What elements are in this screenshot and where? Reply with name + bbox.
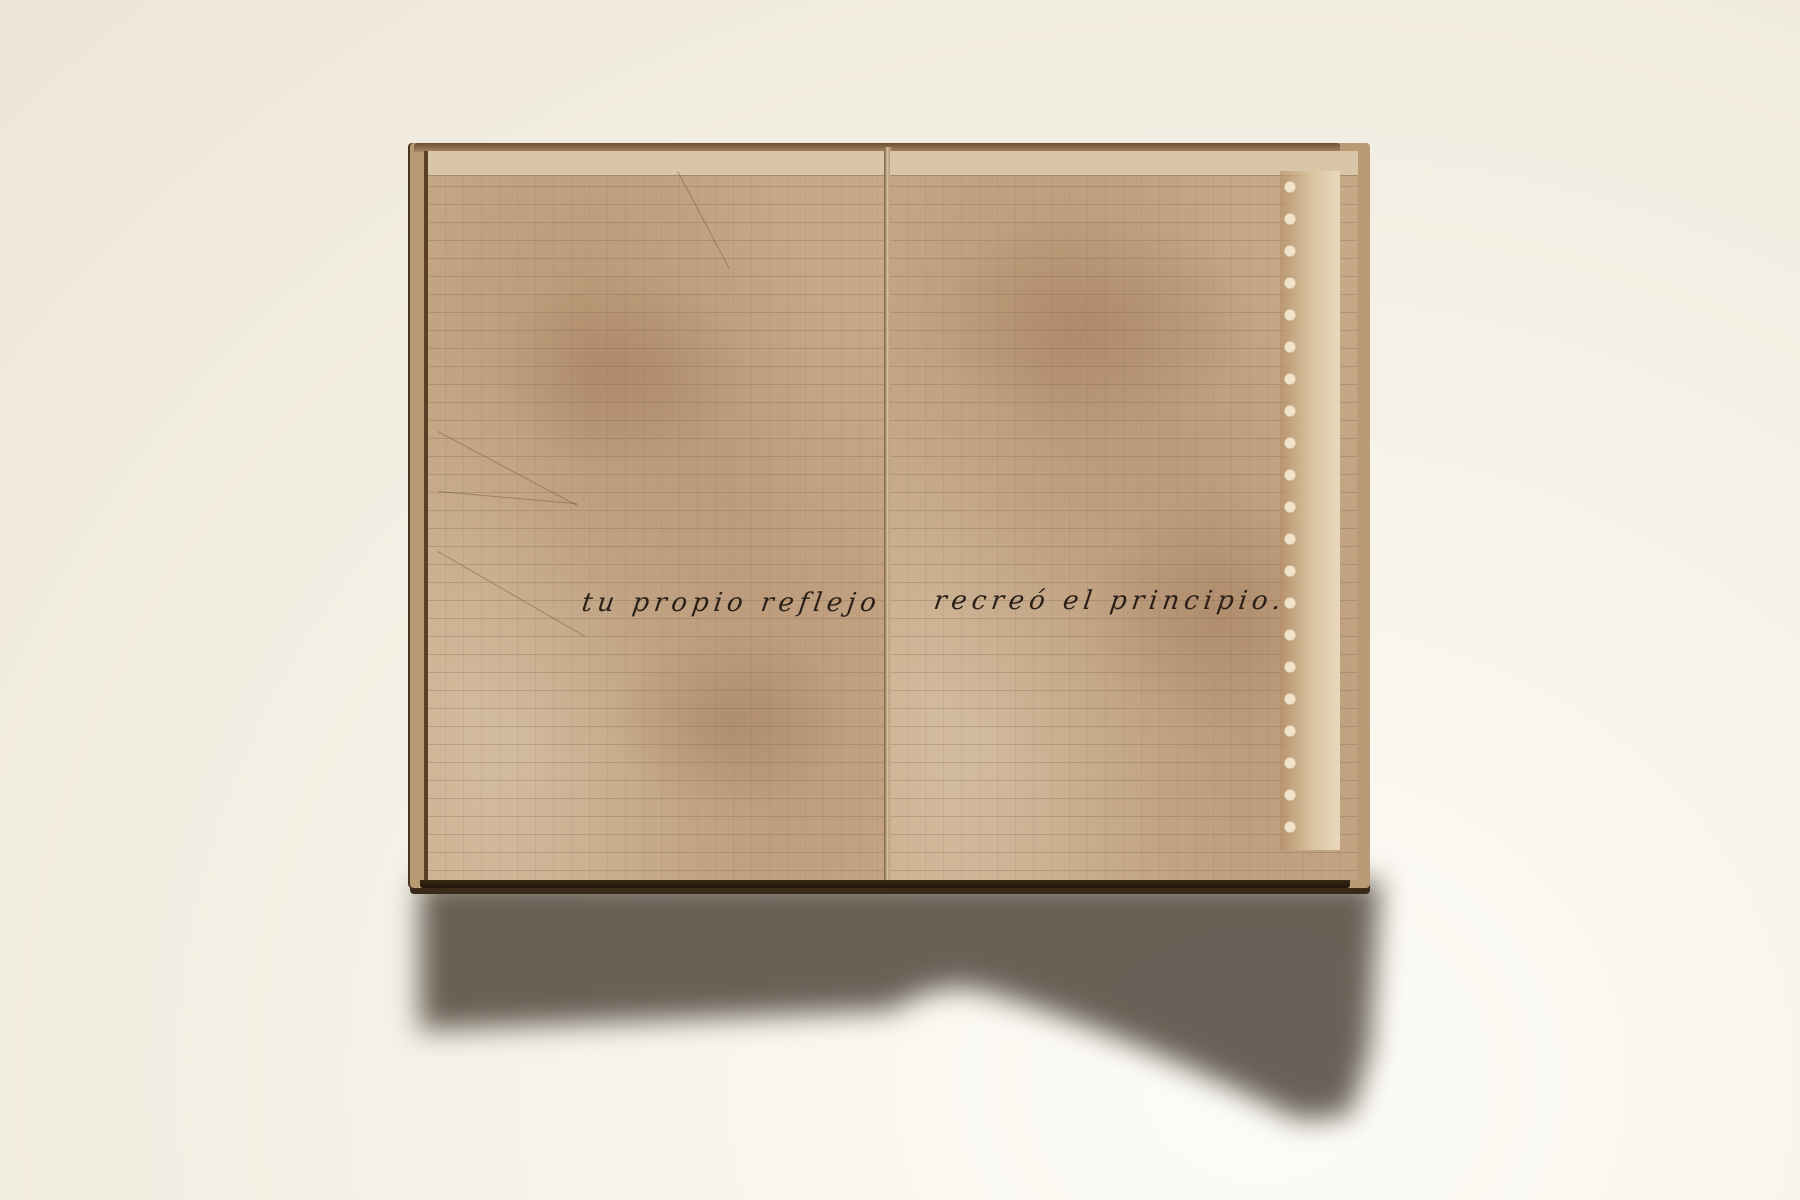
paper-crease [677, 171, 730, 269]
photo-scene: tu propio reflejo recreó el principio. [0, 0, 1800, 1200]
shadow-shape [420, 880, 1400, 1120]
perforation-holes [1284, 181, 1296, 840]
paper-crease [438, 551, 586, 637]
right-page [890, 151, 1358, 880]
water-stain [930, 211, 1250, 431]
handwritten-text-left: tu propio reflejo [580, 588, 883, 618]
water-stain [488, 271, 748, 471]
water-stain [608, 631, 848, 811]
handwritten-text-right: recreó el principio. [932, 586, 1288, 616]
paper-crease [438, 491, 578, 504]
left-page [424, 151, 890, 880]
notebook-shadow [420, 880, 1400, 1120]
left-page-header-band [428, 151, 888, 176]
open-notebook: tu propio reflejo recreó el principio. [410, 143, 1370, 888]
burnt-bottom-edge [420, 880, 1350, 888]
